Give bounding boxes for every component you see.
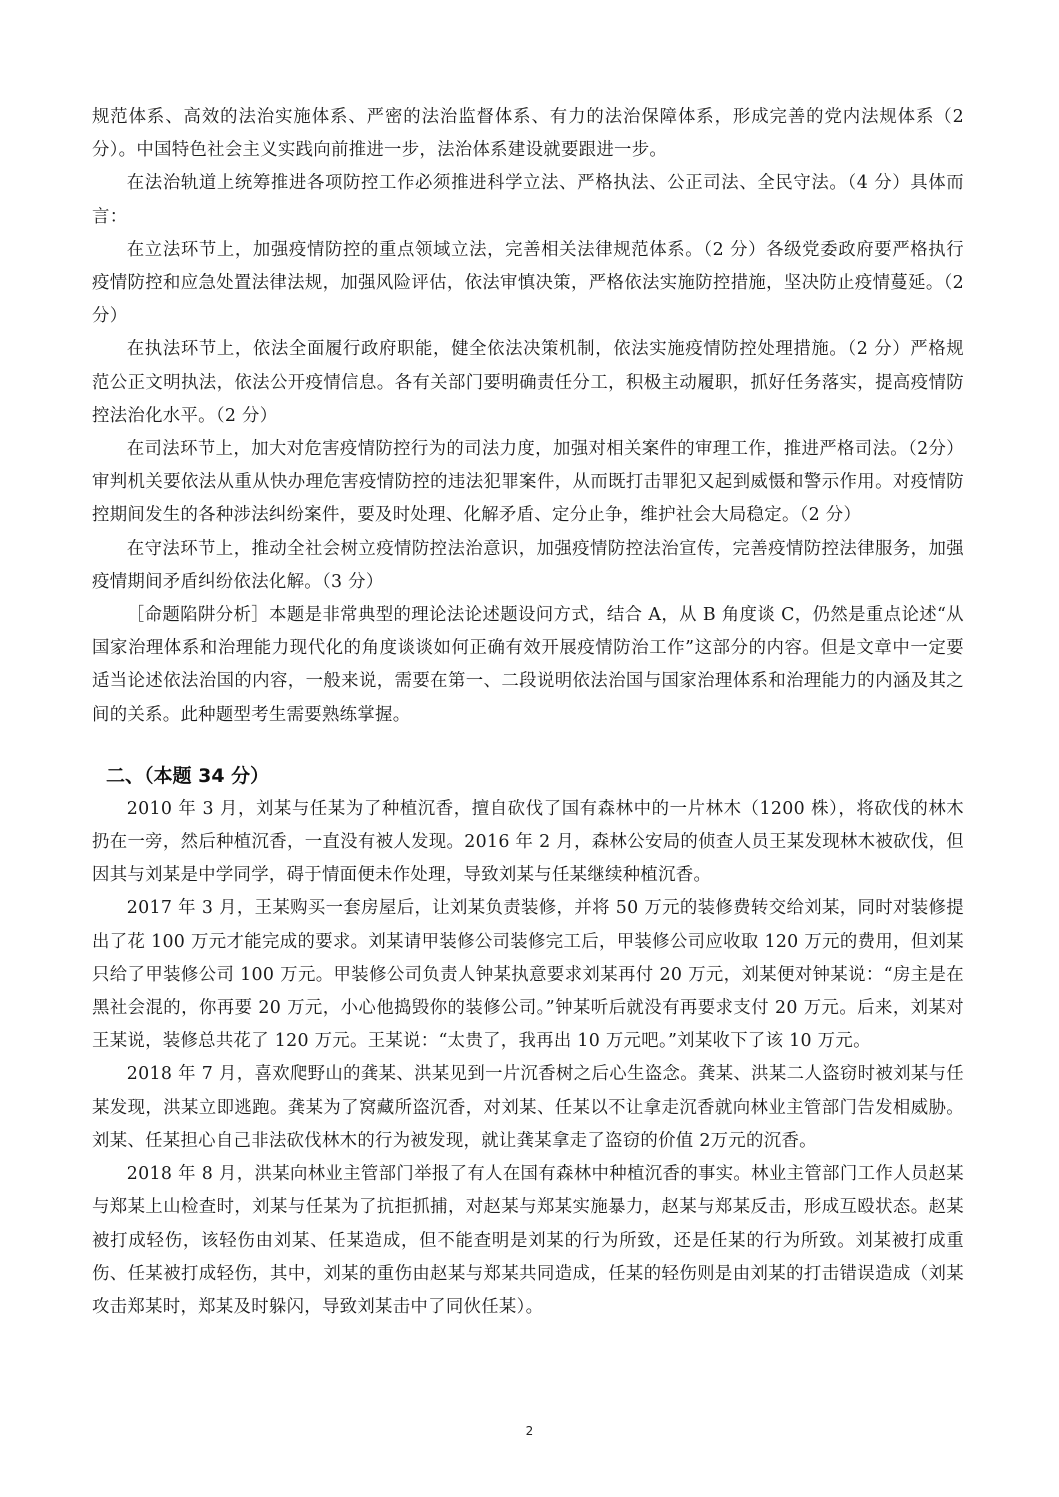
paragraph-case-2018-august: 2018 年 8 月，洪某向林业主管部门举报了有人在国有森林中种植沉香的事实。林… xyxy=(92,1158,964,1324)
paragraph-rule-of-law-overview: 在法治轨道上统筹推进各项防控工作必须推进科学立法、严格执法、公正司法、全民守法。… xyxy=(92,167,964,233)
paragraph-case-2017: 2017 年 3 月，王某购买一套房屋后，让刘某负责装修，并将 50 万元的装修… xyxy=(92,892,964,1058)
paragraph-law-abiding: 在守法环节上，推动全社会树立疫情防控法治意识，加强疫情防控法治宣传，完善疫情防控… xyxy=(92,533,964,599)
paragraph-judiciary: 在司法环节上，加大对危害疫情防控行为的司法力度，加强对相关案件的审理工作，推进严… xyxy=(92,433,964,533)
section-two: 二、（本题 34 分） 2010 年 3 月，刘某与任某为了种植沉香，擅自砍伐了… xyxy=(92,760,964,1324)
page-number: 2 xyxy=(0,1424,1059,1438)
paragraph-legislation: 在立法环节上，加强疫情防控的重点领域立法，完善相关法律规范体系。（2 分）各级党… xyxy=(92,234,964,334)
paragraph-case-2010: 2010 年 3 月，刘某与任某为了种植沉香，擅自砍伐了国有森林中的一片林木（1… xyxy=(92,793,964,893)
paragraph-legal-system: 规范体系、高效的法治实施体系、严密的法治监督体系、有力的法治保障体系，形成完善的… xyxy=(92,101,964,167)
paragraph-law-enforcement: 在执法环节上，依法全面履行政府职能，健全依法决策机制，依法实施疫情防控处理措施。… xyxy=(92,333,964,433)
paragraph-case-2018-july: 2018 年 7 月，喜欢爬野山的龚某、洪某见到一片沉香树之后心生盗念。龚某、洪… xyxy=(92,1058,964,1158)
section-two-heading: 二、（本题 34 分） xyxy=(92,760,964,793)
document-page: 规范体系、高效的法治实施体系、严密的法治监督体系、有力的法治保障体系，形成完善的… xyxy=(92,101,964,1324)
section-one-continuation: 规范体系、高效的法治实施体系、严密的法治监督体系、有力的法治保障体系，形成完善的… xyxy=(92,101,964,732)
paragraph-trap-analysis: ［命题陷阱分析］本题是非常典型的理论法论述题设问方式，结合 A，从 B 角度谈 … xyxy=(92,599,964,732)
